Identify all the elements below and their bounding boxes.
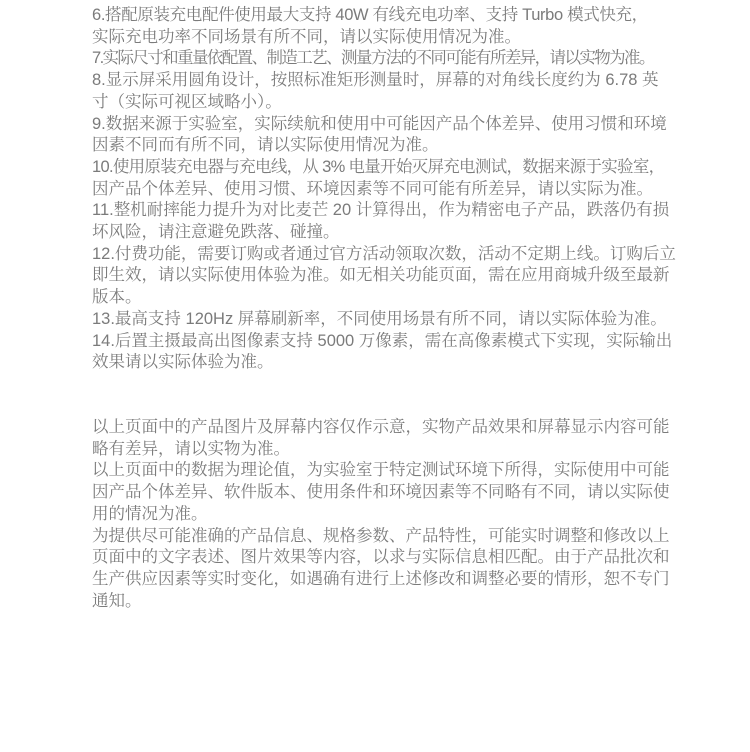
disclaimer-paragraphs: 以上页面中的产品图片及屏幕内容仅作示意，实物产品效果和屏幕显示内容可能 略有差异… [92,417,658,612]
note-line: 坏风险，请注意避免跌落、碰撞。 [92,222,658,244]
paragraph-line: 以上页面中的数据为理论值，为实验室于特定测试环境下所得，实际使用中可能 [92,460,658,482]
paragraph-line: 生产供应因素等实时变化，如遇确有进行上述修改和调整必要的情形，恕不专门 [92,569,658,591]
product-disclaimer-page: 6.搭配原装充电配件使用最大支持 40W 有线充电功率、支持 Turbo 模式快… [0,0,750,752]
note-line: 13.最高支持 120Hz 屏幕刷新率，不同使用场景有所不同，请以实际体验为准。 [92,309,658,331]
note-line: 因素不同而有所不同，请以实际使用情况为准。 [92,135,658,157]
paragraph-line: 以上页面中的产品图片及屏幕内容仅作示意，实物产品效果和屏幕显示内容可能 [92,417,658,439]
note-line: 8.显示屏采用圆角设计，按照标准矩形测量时，屏幕的对角线长度约为 6.78 英 [92,70,658,92]
note-line: 14.后置主摄最高出图像素支持 5000 万像素，需在高像素模式下实现，实际输出 [92,331,658,353]
note-line: 6.搭配原装充电配件使用最大支持 40W 有线充电功率、支持 Turbo 模式快… [92,5,658,27]
paragraph-line: 为提供尽可能准确的产品信息、规格参数、产品特性，可能实时调整和修改以上 [92,526,658,548]
paragraph-line: 用的情况为准。 [92,504,658,526]
note-line: 实际充电功率不同场景有所不同，请以实际使用情况为准。 [92,27,658,49]
note-line: 7.实际尺寸和重量依配置、制造工艺、测量方法的不同可能有所差异，请以实物为准。 [92,48,658,70]
note-line: 版本。 [92,287,658,309]
disclaimer-numbered-notes: 6.搭配原装充电配件使用最大支持 40W 有线充电功率、支持 Turbo 模式快… [92,5,658,374]
paragraph-line: 略有差异，请以实物为准。 [92,439,658,461]
note-line: 因产品个体差异、使用习惯、环境因素等不同可能有所差异，请以实际为准。 [92,179,658,201]
note-line: 即生效，请以实际使用体验为准。如无相关功能页面，需在应用商城升级至最新 [92,265,658,287]
paragraph-line: 通知。 [92,591,658,613]
paragraph-line: 因产品个体差异、软件版本、使用条件和环境因素等不同略有不同，请以实际使 [92,482,658,504]
note-line: 9.数据来源于实验室，实际续航和使用中可能因产品个体差异、使用习惯和环境 [92,114,658,136]
note-line: 寸（实际可视区域略小）。 [92,92,658,114]
note-line: 11.整机耐摔能力提升为对比麦芒 20 计算得出，作为精密电子产品，跌落仍有损 [92,200,658,222]
note-line: 12.付费功能，需要订购或者通过官方活动领取次数，活动不定期上线。订购后立 [92,244,658,266]
note-line: 效果请以实际体验为准。 [92,352,658,374]
paragraph-line: 页面中的文字表述、图片效果等内容，以求与实际信息相匹配。由于产品批次和 [92,547,658,569]
note-line: 10.使用原装充电器与充电线，从 3% 电量开始灭屏充电测试，数据来源于实验室， [92,157,658,179]
